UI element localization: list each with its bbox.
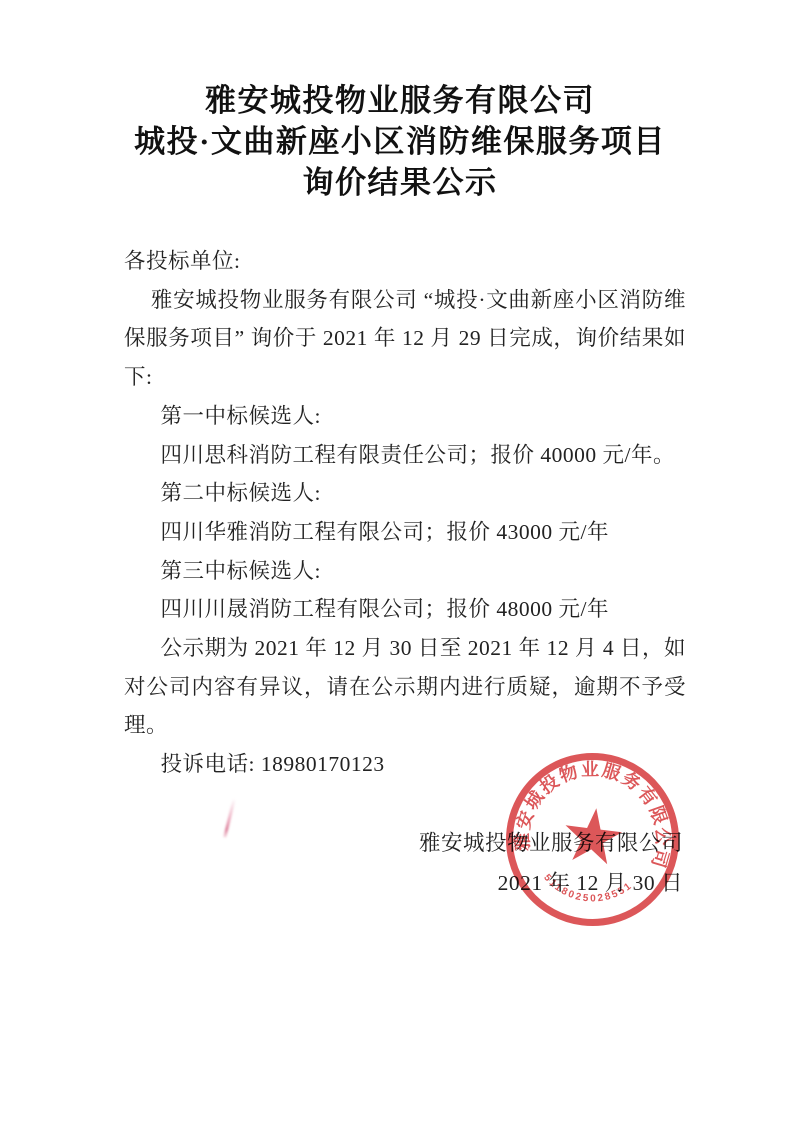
paragraph-candidate-1-label: 第一中标候选人: [124, 397, 686, 436]
seal-star-icon [561, 805, 624, 866]
paragraph-publicity-period: 公示期为 2021 年 12 月 30 日至 2021 年 12 月 4 日，如… [124, 629, 686, 745]
title-line-company: 雅安城投物业服务有限公司 [0, 80, 800, 121]
paragraph-candidate-2-label: 第二中标候选人: [124, 474, 686, 513]
scanned-notice-page: 雅安城投物业服务有限公司 城投·文曲新座小区消防维保服务项目 询价结果公示 各投… [0, 0, 800, 1131]
paragraph-intro: 雅安城投物业服务有限公司 “城投·文曲新座小区消防维保服务项目” 询价于 202… [124, 281, 686, 397]
paragraph-candidate-3-offer: 四川川晟消防工程有限公司；报价 48000 元/年 [124, 590, 686, 629]
notice-body: 各投标单位: 雅安城投物业服务有限公司 “城投·文曲新座小区消防维保服务项目” … [124, 242, 686, 784]
paragraph-candidate-1-offer: 四川思科消防工程有限责任公司；报价 40000 元/年。 [124, 436, 686, 475]
title-line-project: 城投·文曲新座小区消防维保服务项目 [0, 121, 800, 162]
ink-smudge [223, 798, 236, 838]
paragraph-candidate-3-label: 第三中标候选人: [124, 552, 686, 591]
paragraph-salutation: 各投标单位: [124, 242, 686, 281]
notice-title: 雅安城投物业服务有限公司 城投·文曲新座小区消防维保服务项目 询价结果公示 [0, 80, 800, 203]
seal-number-text: 5118025028551 [539, 869, 636, 909]
paragraph-candidate-2-offer: 四川华雅消防工程有限公司；报价 43000 元/年 [124, 513, 686, 552]
official-seal: 雅安城投物业服务有限公司 5118025028551 [489, 736, 695, 942]
title-line-result: 询价结果公示 [0, 162, 800, 203]
